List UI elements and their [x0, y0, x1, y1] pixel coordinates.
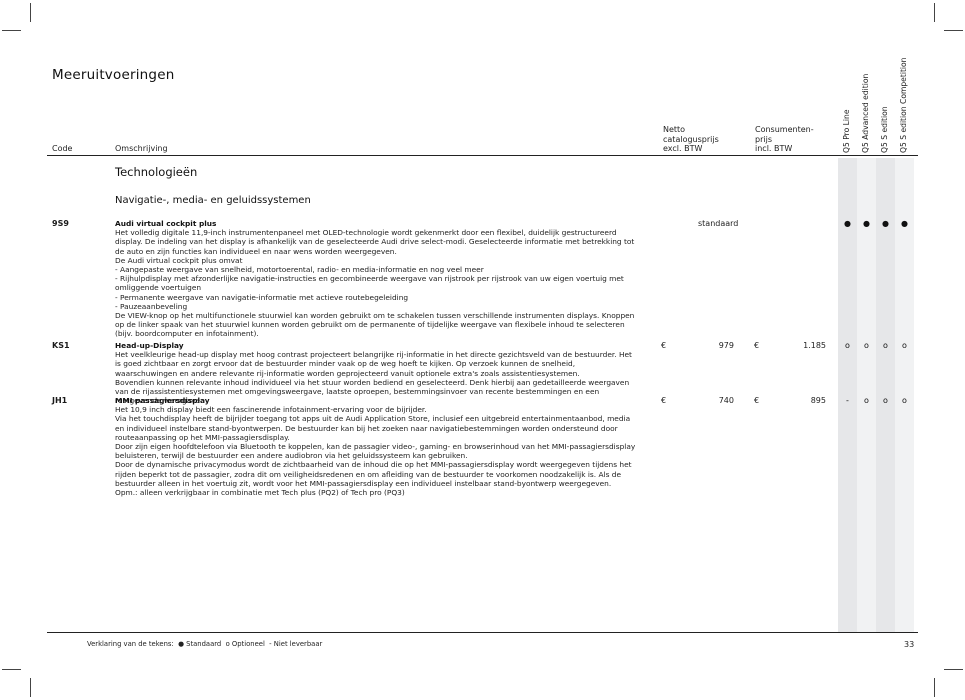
- header-trim-s-edition-competition: Q5 S edition Competition: [899, 58, 908, 154]
- header-net-price: Netto catalogusprijs excl. BTW: [663, 125, 719, 154]
- currency-symbol: €: [754, 341, 759, 350]
- availability-mark: ●: [876, 219, 895, 228]
- footer-rule: [47, 632, 918, 633]
- trim-column-stripe: [857, 158, 876, 632]
- page-number: 33: [904, 640, 914, 649]
- option-description: Audi virtual cockpit plusHet volledig di…: [115, 219, 637, 339]
- availability-mark: ●: [895, 219, 914, 228]
- availability-mark: o: [876, 396, 895, 405]
- header-trim-pro-line: Q5 Pro Line: [842, 109, 851, 153]
- option-description: MMI passagiersdisplayHet 10,9 inch displ…: [115, 396, 637, 497]
- net-price: 740: [690, 396, 734, 405]
- header-rule: [47, 155, 918, 156]
- description-paragraph: Het 10,9 inch display biedt een fasciner…: [115, 405, 637, 414]
- currency-symbol: €: [661, 341, 666, 350]
- header-trim-advanced-edition: Q5 Advanced edition: [861, 74, 870, 153]
- description-paragraph: - Aangepaste weergave van snelheid, moto…: [115, 265, 637, 274]
- net-price: 979: [690, 341, 734, 350]
- availability-mark: o: [895, 396, 914, 405]
- trim-column-stripe: [838, 158, 857, 632]
- section-subtitle: Navigatie-, media- en geluidssystemen: [115, 195, 311, 206]
- section-title: Technologieën: [115, 165, 197, 179]
- description-paragraph: - Rijhulpdisplay met afzonderlijke navig…: [115, 274, 637, 292]
- availability-mark: ●: [838, 219, 857, 228]
- legend-unavailable: - Niet leverbaar: [269, 640, 322, 648]
- description-paragraph: - Pauzeaanbeveling: [115, 302, 637, 311]
- crop-mark: [2, 669, 21, 670]
- description-paragraph: Het veelkleurige head-up display met hoo…: [115, 350, 637, 378]
- crop-mark: [934, 3, 935, 22]
- consumer-price: 895: [776, 396, 826, 405]
- option-code: KS1: [52, 341, 70, 350]
- availability-mark: o: [838, 341, 857, 350]
- description-paragraph: Door de dynamische privacymodus wordt de…: [115, 460, 637, 488]
- legend-standard: ● Standaard: [178, 640, 221, 648]
- availability-mark: o: [857, 396, 876, 405]
- availability-mark: ●: [857, 219, 876, 228]
- legend-label: Verklaring van de tekens:: [87, 640, 174, 648]
- trim-column-stripe: [876, 158, 895, 632]
- header-consumer-price: Consumenten- prijs incl. BTW: [755, 125, 814, 154]
- option-name: Audi virtual cockpit plus: [115, 219, 637, 228]
- crop-mark: [944, 30, 963, 31]
- crop-mark: [30, 678, 31, 697]
- consumer-price: 1.185: [776, 341, 826, 350]
- description-paragraph: Via het touchdisplay heeft de bijrijder …: [115, 414, 637, 442]
- price-standard-label: standaard: [698, 219, 738, 228]
- page-title: Meeruitvoeringen: [52, 67, 174, 83]
- description-paragraph: Door zijn eigen hoofdtelefoon via Blueto…: [115, 442, 637, 460]
- description-paragraph: - Permanente weergave van navigatie-info…: [115, 293, 637, 302]
- header-description: Omschrijving: [115, 144, 168, 154]
- crop-mark: [2, 30, 21, 31]
- description-paragraph: Opm.: alleen verkrijgbaar in combinatie …: [115, 488, 637, 497]
- option-name: Head-up-Display: [115, 341, 637, 350]
- crop-mark: [30, 3, 31, 22]
- description-paragraph: Het volledig digitale 11,9-inch instrume…: [115, 228, 637, 256]
- availability-mark: o: [895, 341, 914, 350]
- availability-mark: o: [876, 341, 895, 350]
- header-trim-s-edition: Q5 S edition: [880, 106, 889, 153]
- crop-mark: [934, 678, 935, 697]
- crop-mark: [944, 669, 963, 670]
- description-paragraph: De Audi virtual cockpit plus omvat: [115, 256, 637, 265]
- legend-optional: o Optioneel: [226, 640, 265, 648]
- header-code: Code: [52, 144, 72, 154]
- availability-mark: -: [838, 396, 857, 405]
- option-name: MMI passagiersdisplay: [115, 396, 637, 405]
- currency-symbol: €: [754, 396, 759, 405]
- option-code: 9S9: [52, 219, 69, 228]
- option-code: JH1: [52, 396, 67, 405]
- description-paragraph: De VIEW-knop op het multifunctionele stu…: [115, 311, 637, 339]
- legend: Verklaring van de tekens: ● Standaard o …: [87, 640, 322, 648]
- currency-symbol: €: [661, 396, 666, 405]
- availability-mark: o: [857, 341, 876, 350]
- trim-column-stripe: [895, 158, 914, 632]
